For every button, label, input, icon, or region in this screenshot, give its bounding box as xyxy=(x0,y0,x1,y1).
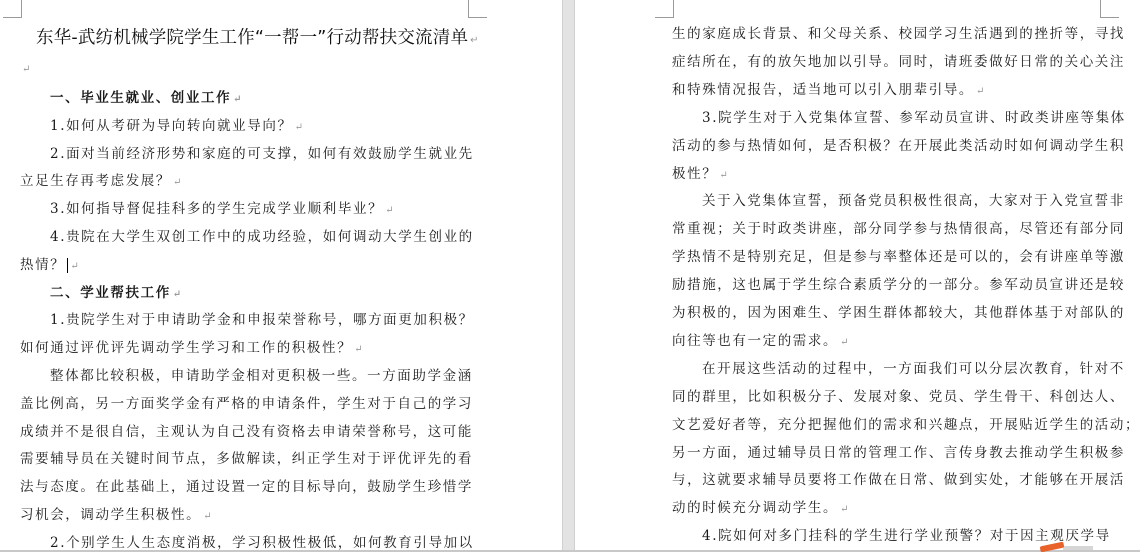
text-line-content: 2.面对当前经济形势和家庭的可支撑，如何有效鼓励学生就业先 xyxy=(50,146,474,162)
document-title-text: 东华-武纺机械学院学生工作“一帮一”行动帮扶交流清单 xyxy=(36,28,468,48)
text-line[interactable]: 症结所在，有的放矢地加以引导。同时，请班委做好日常的关心关注 xyxy=(672,48,1125,76)
text-line-content: 如何通过评优评先调动学生学习和工作的积极性？ xyxy=(20,340,352,356)
text-line[interactable]: 成绩并不是很自信，主观认为自己没有资格去申请荣誉称号，这可能 xyxy=(20,418,473,446)
text-line[interactable]: 1.如何从考研为导向转向就业导向？↵ xyxy=(50,112,303,142)
text-line-content: 与，这就要求辅导员要将工作做在日常、做到实处，才能够在开展活 xyxy=(672,472,1125,488)
text-line-content: 需要辅导员在关键时间节点，多做解读，纠正学生对于评优评先的看 xyxy=(20,451,473,467)
text-line-content: 关于入党集体宣誓，预备党员积极性很高，大家对于入党宣誓非 xyxy=(702,193,1125,209)
paragraph-mark-icon: ↵ xyxy=(203,511,211,522)
text-line[interactable]: 1.贵院学生对于申请助学金和申报荣誉称号，哪方面更加积极？ xyxy=(50,306,474,334)
paragraph-mark-icon: ↵ xyxy=(173,289,181,300)
text-line-content: 盖比例高，另一方面奖学金有严格的申请条件，学生对于自己的学习 xyxy=(20,396,473,412)
document-title[interactable]: 东华-武纺机械学院学生工作“一帮一”行动帮扶交流清单↵ xyxy=(36,24,479,49)
crop-mark-top-left xyxy=(655,0,674,18)
text-line-content: 在开展这些活动的过程中，一方面我们可以分层次教育，针对不 xyxy=(702,361,1125,377)
text-line[interactable]: 2.面对当前经济形势和家庭的可支撑，如何有效鼓励学生就业先 xyxy=(50,140,474,168)
paragraph-mark-icon: ↵ xyxy=(470,35,478,46)
crop-mark-top-left xyxy=(3,0,22,18)
text-line[interactable]: 活动的参与热情如何，是否积极？在开展此类活动时如何调动学生积 xyxy=(672,132,1125,160)
paragraph-mark-icon: ↵ xyxy=(173,177,181,188)
text-line[interactable]: 同的群里，比如积极分子、发展对象、党员、学生骨干、科创达人、 xyxy=(672,383,1125,411)
text-line-content: 学热情不是特别充足，但是参与率整体还是可以的，会有讲座单等激 xyxy=(672,249,1125,265)
text-line-content: 4.贵院在大学生双创工作中的成功经验，如何调动大学生创业的 xyxy=(50,229,474,245)
text-line-content: 症结所在，有的放矢地加以引导。同时，请班委做好日常的关心关注 xyxy=(672,54,1125,70)
document-page-right[interactable]: 生的家庭成长背景、和父母关系、校园学习生活遇到的挫折等，寻找症结所在，有的放矢地… xyxy=(575,0,1140,552)
text-line[interactable]: 4.贵院在大学生双创工作中的成功经验，如何调动大学生创业的 xyxy=(50,223,474,251)
text-line[interactable]: 3.院学生对于入党集体宣誓、参军动员宣讲、时政类讲座等集体 xyxy=(702,104,1126,132)
paragraph-mark-icon: ↵ xyxy=(976,86,984,97)
text-line[interactable]: 3.如何指导督促挂科多的学生完成学业顺利毕业？↵ xyxy=(50,195,394,225)
text-line[interactable]: 极性？↵ xyxy=(672,160,728,190)
text-line-content: 成绩并不是很自信，主观认为自己没有资格去申请荣誉称号，这可能 xyxy=(20,424,473,440)
text-line[interactable]: 在开展这些活动的过程中，一方面我们可以分层次教育，针对不 xyxy=(702,355,1125,383)
text-line-content: 同的群里，比如积极分子、发展对象、党员、学生骨干、科创达人、 xyxy=(672,389,1125,405)
text-cursor xyxy=(67,258,68,273)
paragraph-mark-icon: ↵ xyxy=(70,261,78,272)
paragraph-mark-icon: ↵ xyxy=(840,337,848,348)
text-line[interactable]: 热情？↵ xyxy=(20,251,79,281)
text-line[interactable]: 文艺爱好者等，充分把握他们的需求和兴趣点，开展贴近学生的活动； xyxy=(672,411,1140,439)
text-line[interactable]: 和特殊情况报告，适当地可以引入朋辈引导。↵ xyxy=(672,76,984,106)
text-line-content: 1.贵院学生对于申请助学金和申报荣誉称号，哪方面更加积极？ xyxy=(50,312,474,328)
text-line[interactable]: 需要辅导员在关键时间节点，多做解读，纠正学生对于评优评先的看 xyxy=(20,445,473,473)
text-line[interactable]: 为积极的，因为困难生、学困生群体都较大，其他群体基于对部队的 xyxy=(672,299,1125,327)
section-heading[interactable]: 二、学业帮扶工作↵ xyxy=(50,279,181,309)
text-line[interactable]: 关于入党集体宣誓，预备党员积极性很高，大家对于入党宣誓非 xyxy=(702,187,1125,215)
paragraph-mark-icon: ↵ xyxy=(840,504,848,515)
empty-paragraph[interactable]: ↵ xyxy=(20,54,30,84)
text-line[interactable]: 向往等也有一定的需求。↵ xyxy=(672,327,849,357)
text-line-content: 一、毕业生就业、创业工作 xyxy=(50,90,231,106)
text-line-content: 极性？ xyxy=(672,166,717,182)
text-line-content: 另一方面，通过辅导员日常的管理工作、言传身教去推动学生积极参 xyxy=(672,445,1125,461)
text-line[interactable]: 另一方面，通过辅导员日常的管理工作、言传身教去推动学生积极参 xyxy=(672,439,1125,467)
horizontal-scrollbar-thumb[interactable] xyxy=(1063,546,1093,550)
text-line-content: 二、学业帮扶工作 xyxy=(50,285,171,301)
text-line-content: 整体都比较积极，申请助学金相对更积极一些。一方面助学金涵 xyxy=(50,368,473,384)
text-line[interactable]: 习机会，调动学生积极性。↵ xyxy=(20,501,212,531)
text-line[interactable]: 动的时候充分调动学生。↵ xyxy=(672,494,849,524)
paragraph-mark-icon: ↵ xyxy=(233,94,241,105)
page-gap xyxy=(562,0,575,552)
text-line-content: 2.个别学生人生态度消极，学习积极性极低，如何教育引导加以 xyxy=(50,535,474,551)
text-line-content: 文艺爱好者等，充分把握他们的需求和兴趣点，开展贴近学生的活动； xyxy=(672,417,1140,433)
paragraph-mark-icon: ↵ xyxy=(719,170,727,181)
paragraph-mark-icon: ↵ xyxy=(385,205,393,216)
text-line-content: 热情？ xyxy=(20,257,65,273)
text-line[interactable]: 如何通过评优评先调动学生学习和工作的积极性？↵ xyxy=(20,334,363,364)
text-line-content: 3.如何指导督促挂科多的学生完成学业顺利毕业？ xyxy=(50,201,383,217)
crop-mark-top-right xyxy=(468,0,487,18)
text-line[interactable]: 学热情不是特别充足，但是参与率整体还是可以的，会有讲座单等激 xyxy=(672,243,1125,271)
paragraph-mark-icon: ↵ xyxy=(354,344,362,355)
document-page-left[interactable]: 东华-武纺机械学院学生工作“一帮一”行动帮扶交流清单↵ ↵ 一、毕业生就业、创业… xyxy=(0,0,562,552)
text-line-content: 生的家庭成长背景、和父母关系、校园学习生活遇到的挫折等，寻找 xyxy=(672,26,1125,42)
text-line-content: 向往等也有一定的需求。 xyxy=(672,333,838,349)
text-line[interactable]: 常重视；关于时政类讲座，部分同学参与热情很高，尽管还有部分同 xyxy=(672,215,1125,243)
text-line-content: 3.院学生对于入党集体宣誓、参军动员宣讲、时政类讲座等集体 xyxy=(702,110,1126,126)
text-line[interactable]: 生的家庭成长背景、和父母关系、校园学习生活遇到的挫折等，寻找 xyxy=(672,20,1125,48)
text-line-content: 和特殊情况报告，适当地可以引入朋辈引导。 xyxy=(672,82,974,98)
paragraph-mark-icon: ↵ xyxy=(295,122,303,133)
text-line[interactable]: 盖比例高，另一方面奖学金有严格的申请条件，学生对于自己的学习 xyxy=(20,390,473,418)
text-line-content: 励措施，这也属于学生综合素质学分的一部分。参军动员宣讲还是较 xyxy=(672,277,1125,293)
text-line[interactable]: 2.个别学生人生态度消极，学习积极性极低，如何教育引导加以 xyxy=(50,529,474,552)
text-line-content: 法与态度。在此基础上，通过设置一定的目标导向，鼓励学生珍惜学 xyxy=(20,479,473,495)
text-line-content: 立足生存再考虑发展？ xyxy=(20,173,171,189)
text-line-content: 习机会，调动学生积极性。 xyxy=(20,507,201,523)
text-line-content: 动的时候充分调动学生。 xyxy=(672,500,838,516)
text-line[interactable]: 立足生存再考虑发展？↵ xyxy=(20,167,181,197)
text-line[interactable]: 法与态度。在此基础上，通过设置一定的目标导向，鼓励学生珍惜学 xyxy=(20,473,473,501)
text-line-content: 活动的参与热情如何，是否积极？在开展此类活动时如何调动学生积 xyxy=(672,138,1125,154)
text-line-content: 4.院如何对多门挂科的学生进行学业预警？对于因主观厌学导 xyxy=(702,528,1111,544)
text-line[interactable]: 与，这就要求辅导员要将工作做在日常、做到实处，才能够在开展活 xyxy=(672,466,1125,494)
text-line[interactable]: 整体都比较积极，申请助学金相对更积极一些。一方面助学金涵 xyxy=(50,362,473,390)
text-line-content: 1.如何从考研为导向转向就业导向？ xyxy=(50,118,293,134)
text-line[interactable]: 励措施，这也属于学生综合素质学分的一部分。参军动员宣讲还是较 xyxy=(672,271,1125,299)
section-heading[interactable]: 一、毕业生就业、创业工作↵ xyxy=(50,84,242,114)
text-line-content: 为积极的，因为困难生、学困生群体都较大，其他群体基于对部队的 xyxy=(672,305,1125,321)
crop-mark-top-right xyxy=(1100,0,1119,18)
text-line-content: 常重视；关于时政类讲座，部分同学参与热情很高，尽管还有部分同 xyxy=(672,221,1125,237)
paragraph-mark-icon: ↵ xyxy=(22,64,30,75)
